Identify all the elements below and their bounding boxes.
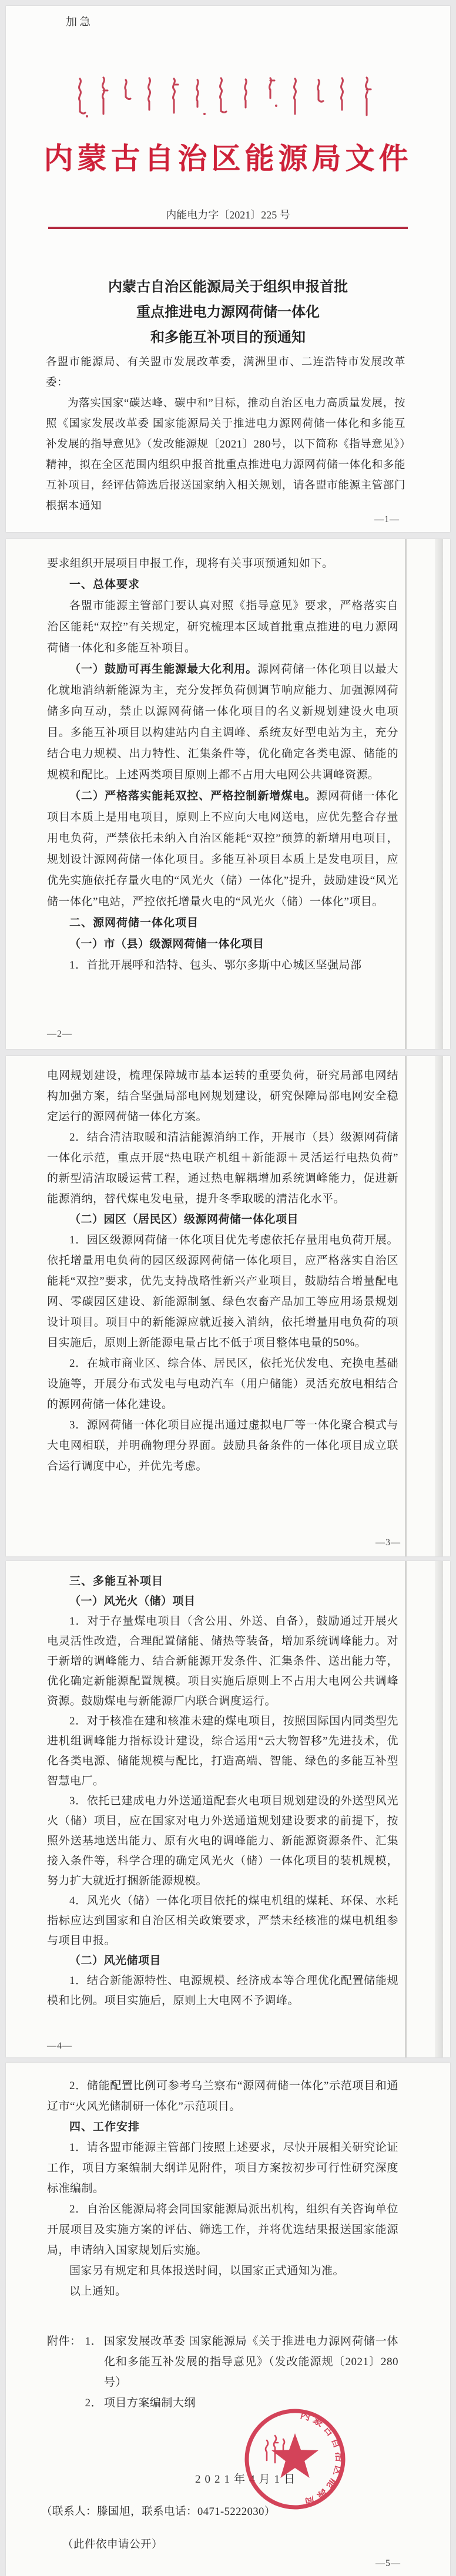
mongolian-script-glyphs xyxy=(69,75,387,125)
disclosure-note: （此件依申请公开） xyxy=(62,2536,163,2551)
paragraph: 2．在城市商业区、综合体、居民区，依托光伏发电、充换电基础设施等，开展分布式发电… xyxy=(47,1353,398,1415)
section-heading-3: 三、多能互补项目 xyxy=(47,1572,398,1592)
continuation-paragraph: 电网规划建设，梳理保障城市基本运转的重要负荷，研究局部电网结构加强方案，结合坚强… xyxy=(47,1065,398,1127)
contact-line: （联系人：滕国旭，联系电话：0471-5222030） xyxy=(41,2503,276,2518)
page-1: 加急 xyxy=(6,6,450,532)
sub-heading: （二）风光储项目 xyxy=(47,1951,398,1971)
attachment-list: 附件： 1． 国家发展改革委 国家能源局《关于推进电力源网荷储一体化和多能互补发… xyxy=(47,2331,398,2413)
paragraph: 2．对于核准在建和核准未建的煤电项目，按照国际国内同类型先进机组调峰能力指标设计… xyxy=(47,1711,398,1791)
page-edge-artifact xyxy=(405,1561,407,2057)
paragraph: 1．园区级源网荷储一体化项目优先考虑依托存量用电负荷开展。依托增量用电负荷的园区… xyxy=(47,1230,398,1353)
page-1-body: 各盟市能源局、有关盟市发展改革委，满洲里市、二连浩特市发展改革委： 为落实国家“… xyxy=(46,352,405,517)
page-number: —1— xyxy=(374,514,400,525)
addressee: 各盟市能源局、有关盟市发展改革委，满洲里市、二连浩特市发展改革委： xyxy=(46,352,405,394)
attachment-item: 附件： 1． 国家发展改革委 国家能源局《关于推进电力源网荷储一体化和多能互补发… xyxy=(47,2331,398,2393)
continuation-paragraph: 要求组织开展项目申报工作，现将有关事项预通知如下。 xyxy=(47,553,398,574)
section-heading-1: 一、总体要求 xyxy=(47,574,398,596)
doc-subject-line-2: 重点推进电力源网荷储一体化 xyxy=(6,300,450,325)
page-3-body: 电网规划建设，梳理保障城市基本运转的重要负荷，研究局部电网结构加强方案，结合坚强… xyxy=(6,1056,450,1477)
page-4: 三、多能互补项目 （一）风光火（储）项目 1．对于存量煤电项目（含公用、外送、自… xyxy=(6,1561,450,2057)
page-5-body: 2．储能配置比例可参考乌兰察布“源网荷储一体化”示范项目和通辽市“火风光储制研一… xyxy=(6,2063,450,2413)
doc-subject-line-3: 和多能互补项目的预通知 xyxy=(6,325,450,351)
item-text: 源网荷储一体化项目本质上是用电项目，原则上不应向大电网送电，应优先整合存量用电负… xyxy=(47,790,398,908)
page-2: 要求组织开展项目申报工作，现将有关事项预通知如下。 一、总体要求 各盟市能源主管… xyxy=(6,539,450,1049)
paragraph: 1．结合新能源特性、电源规模、经济成本等合理优化配置储能规模和比例。项目实施后，… xyxy=(47,1971,398,2011)
sub-heading: （二）园区（居民区）级源网荷储一体化项目 xyxy=(47,1209,398,1230)
page-edge-artifact xyxy=(435,539,443,1049)
paragraph: 1．首批开展呼和浩特、包头、鄂尔多斯中心城区坚强局部 xyxy=(47,955,398,976)
urgent-stamp: 加急 xyxy=(66,13,93,29)
paragraph: 各盟市能源主管部门要认真对照《指导意见》要求，严格落实自治区能耗“双控”有关规定… xyxy=(47,596,398,659)
page-edge-artifact xyxy=(405,539,407,1049)
item-lead: （二）严格落实能耗双控、严格控制新增煤电。 xyxy=(69,790,316,802)
attachment-text: 国家发展改革委 国家能源局《关于推进电力源网荷储一体化和多能互补发展的指导意见》… xyxy=(104,2331,398,2393)
opening-paragraph: 为落实国家“碳达峰、碳中和”目标，推动自治区电力高质量发展，按照《国家发展改革委… xyxy=(46,394,405,517)
official-seal: 内蒙古自治区能源局 xyxy=(242,2406,348,2512)
attachment-number: 1． xyxy=(85,2331,104,2393)
document-viewer: 加急 xyxy=(0,0,456,2576)
paragraph: 1．请各盟市能源主管部门按照上述要求，尽快开展相关研究论证工作，项目方案编制大纲… xyxy=(47,2137,398,2199)
page-number: —2— xyxy=(47,1029,72,1040)
attachment-label: 附件： xyxy=(47,2331,85,2393)
page-number: —3— xyxy=(375,1538,401,1548)
paragraph: 1．对于存量煤电项目（含公用、外送、自备），鼓励通过开展火电灵活性改造，合理配置… xyxy=(47,1612,398,1711)
section-heading-2: 二、源网荷储一体化项目 xyxy=(47,913,398,934)
item-lead: （一）鼓励可再生能源最大化利用。 xyxy=(69,663,257,675)
doc-subject-line-1: 内蒙古自治区能源局关于组织申报首批 xyxy=(6,275,450,300)
paragraph: 4．风光火（储）一体化项目依托的煤电机组的煤耗、环保、水耗指标应达到国家和自治区… xyxy=(47,1891,398,1951)
page-edge-artifact xyxy=(405,1056,407,1556)
page-4-body: 三、多能互补项目 （一）风光火（储）项目 1．对于存量煤电项目（含公用、外送、自… xyxy=(6,1561,450,2011)
paragraph: 3．源网荷储一体化项目应提出通过虚拟电厂等一体化聚合模式与大电网相联，并明确物理… xyxy=(47,1415,398,1477)
page-3: 电网规划建设，梳理保障城市基本运转的重要负荷，研究局部电网结构加强方案，结合坚强… xyxy=(6,1056,450,1556)
paragraph: 2．结合清洁取暖和清洁能源消纳工作，开展市（县）级源网荷储一体化示范，重点开展“… xyxy=(47,1127,398,1209)
paragraph: 以上通知。 xyxy=(47,2281,398,2302)
page-number: —4— xyxy=(47,2041,72,2052)
page-edge-artifact xyxy=(435,1056,443,1556)
page-5: 2．储能配置比例可参考乌兰察布“源网荷储一体化”示范项目和通辽市“火风光储制研一… xyxy=(6,2063,450,2576)
doc-number: 内能电力字〔2021〕225 号 xyxy=(6,207,450,222)
mongolian-script-banner xyxy=(6,75,450,127)
item-text: 源网荷储一体化项目以最大化就地消纳新能源为主，充分发挥负荷侧调节响应能力、加强源… xyxy=(47,663,398,781)
paragraph: （一）鼓励可再生能源最大化利用。源网荷储一体化项目以最大化就地消纳新能源为主，充… xyxy=(47,659,398,786)
red-divider xyxy=(48,227,408,229)
sub-heading: （一）市（县）级源网荷储一体化项目 xyxy=(47,934,398,955)
paragraph: （二）严格落实能耗双控、严格控制新增煤电。源网荷储一体化项目本质上是用电项目，原… xyxy=(47,786,398,913)
agency-letterhead-title: 内蒙古自治区能源局文件 xyxy=(6,135,450,177)
paragraph: 2．储能配置比例可参考乌兰察布“源网荷储一体化”示范项目和通辽市“火风光储制研一… xyxy=(47,2076,398,2117)
paragraph: 2．自治区能源局将会同国家能源局派出机构，组织有关咨询单位开展项目及实施方案的评… xyxy=(47,2199,398,2261)
page-edge-artifact xyxy=(435,1561,443,2057)
section-heading-4: 四、工作安排 xyxy=(47,2117,398,2137)
seal-star xyxy=(271,2433,318,2478)
page-number: —5— xyxy=(375,2558,401,2569)
page-2-body: 要求组织开展项目申报工作，现将有关事项预通知如下。 一、总体要求 各盟市能源主管… xyxy=(6,539,450,976)
sub-heading: （一）风光火（储）项目 xyxy=(47,1592,398,1612)
paragraph: 3．依托已建成电力外送通道配套火电项目规划建设的外送型风光火（储）项目，应在国家… xyxy=(47,1791,398,1891)
doc-subject: 内蒙古自治区能源局关于组织申报首批 重点推进电力源网荷储一体化 和多能互补项目的… xyxy=(6,275,450,351)
paragraph: 国家另有规定和具体报送时间，以国家正式通知为准。 xyxy=(47,2261,398,2281)
attachment-number: 2． xyxy=(85,2393,104,2413)
